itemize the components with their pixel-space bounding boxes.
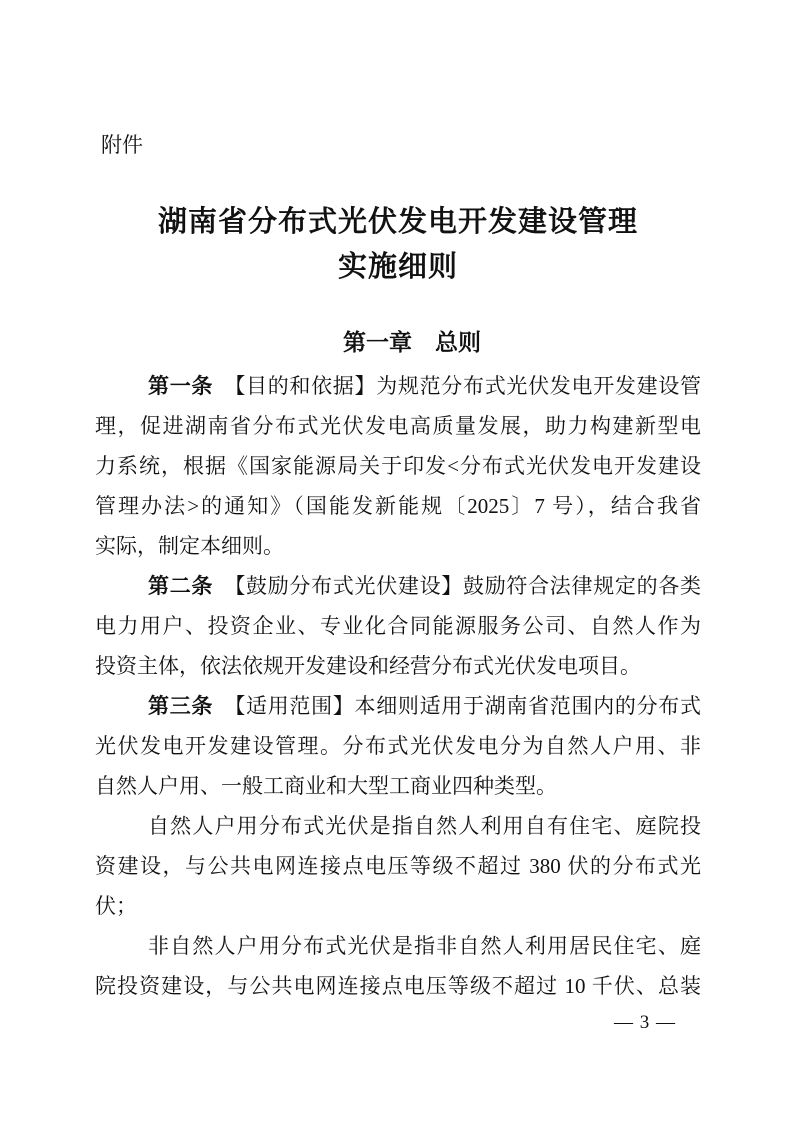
- body-line: 电力用户、投资企业、专业化合同能源服务公司、自然人作为: [95, 606, 701, 646]
- document-title-line-2: 实施细则: [95, 245, 701, 290]
- line-text: 实际，制定本细则。: [95, 534, 284, 558]
- article-number: 第一条: [148, 374, 235, 398]
- line-text: 自然人户用分布式光伏是指自然人利用自有住宅、庭院投: [148, 814, 701, 838]
- body-line: 院投资建设，与公共电网连接点电压等级不超过 10 千伏、总装: [95, 966, 701, 1006]
- line-text: 非自然人户用分布式光伏是指非自然人利用居民住宅、庭: [148, 934, 701, 958]
- line-text: 伏；: [95, 894, 137, 918]
- chapter-heading: 第一章 总则: [109, 328, 715, 358]
- body-line: 伏；: [95, 886, 701, 926]
- line-text: 【目的和依据】为规范分布式光伏发电开发建设管: [235, 374, 701, 398]
- line-text: 力系统，根据《国家能源局关于印发<分布式光伏发电开发建设: [95, 454, 701, 478]
- body-line: 第二条 【鼓励分布式光伏建设】鼓励符合法律规定的各类: [95, 566, 701, 606]
- document-page: 附件 湖南省分布式光伏发电开发建设管理 实施细则 第一章 总则 第一条 【目的和…: [0, 0, 794, 1123]
- article-number: 第三条: [148, 694, 235, 718]
- body-line: 自然人户用分布式光伏是指自然人利用自有住宅、庭院投: [95, 806, 701, 846]
- body-line: 投资主体，依法依规开发建设和经营分布式光伏发电项目。: [95, 646, 701, 686]
- body-line: 光伏发电开发建设管理。分布式光伏发电分为自然人户用、非: [95, 726, 701, 766]
- line-text: 资建设，与公共电网连接点电压等级不超过 380 伏的分布式光: [95, 854, 701, 878]
- body-line: 资建设，与公共电网连接点电压等级不超过 380 伏的分布式光: [95, 846, 701, 886]
- article-number: 第二条: [148, 574, 235, 598]
- line-text: 电力用户、投资企业、专业化合同能源服务公司、自然人作为: [95, 614, 701, 638]
- body-line: 第一条 【目的和依据】为规范分布式光伏发电开发建设管: [95, 366, 701, 406]
- body-line: 理，促进湖南省分布式光伏发电高质量发展，助力构建新型电: [95, 406, 701, 446]
- line-text: 院投资建设，与公共电网连接点电压等级不超过 10 千伏、总装: [95, 974, 701, 998]
- body-line: 自然人户用、一般工商业和大型工商业四种类型。: [95, 766, 701, 806]
- line-text: 光伏发电开发建设管理。分布式光伏发电分为自然人户用、非: [95, 734, 701, 758]
- line-text: 投资主体，依法依规开发建设和经营分布式光伏发电项目。: [95, 654, 641, 678]
- document-title-line-1: 湖南省分布式光伏发电开发建设管理: [95, 200, 701, 245]
- body-line: 第三条 【适用范围】本细则适用于湖南省范围内的分布式: [95, 686, 701, 726]
- document-title: 湖南省分布式光伏发电开发建设管理 实施细则: [95, 200, 701, 290]
- line-text: 管理办法>的通知》（国能发新能规〔2025〕7 号），结合我省: [95, 494, 701, 518]
- body-line: 实际，制定本细则。: [95, 526, 701, 566]
- body-line: 管理办法>的通知》（国能发新能规〔2025〕7 号），结合我省: [95, 486, 701, 526]
- line-text: 【适用范围】本细则适用于湖南省范围内的分布式: [235, 694, 701, 718]
- line-text: 自然人户用、一般工商业和大型工商业四种类型。: [95, 774, 557, 798]
- attachment-label: 附件: [101, 131, 143, 159]
- body-line: 非自然人户用分布式光伏是指非自然人利用居民住宅、庭: [95, 926, 701, 966]
- line-text: 【鼓励分布式光伏建设】鼓励符合法律规定的各类: [235, 574, 701, 598]
- page-number: — 3 —: [614, 1010, 676, 1036]
- body-line: 力系统，根据《国家能源局关于印发<分布式光伏发电开发建设: [95, 446, 701, 486]
- body-text: 第一条 【目的和依据】为规范分布式光伏发电开发建设管理，促进湖南省分布式光伏发电…: [95, 366, 701, 1006]
- line-text: 理，促进湖南省分布式光伏发电高质量发展，助力构建新型电: [95, 414, 701, 438]
